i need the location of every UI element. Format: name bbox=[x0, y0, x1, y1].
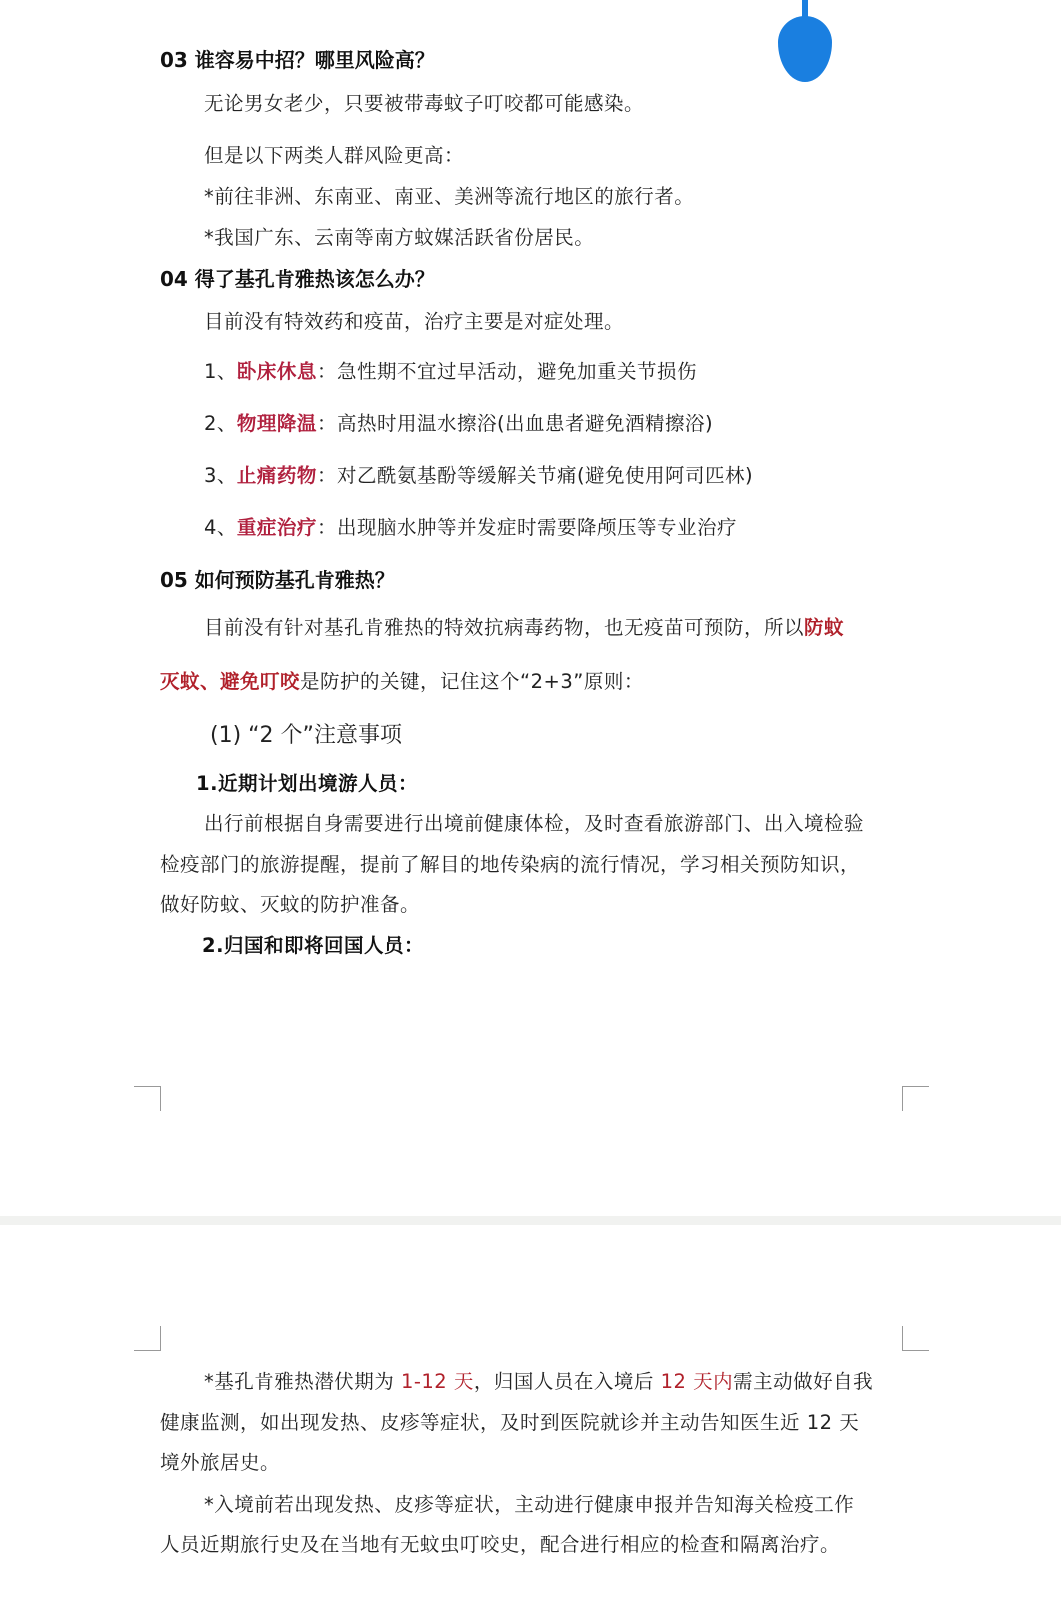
page-break bbox=[0, 1216, 1061, 1225]
paragraph-line: 健康监测，如出现发热、皮疹等症状，及时到医院就诊并主动告知医生近 12 天 bbox=[160, 1407, 859, 1435]
item-key: 物理降温 bbox=[237, 412, 317, 435]
item-title: 2.归国和即将回国人员： bbox=[202, 930, 424, 958]
item-key: 卧床休息 bbox=[237, 360, 317, 383]
section-04-heading: 04 得了基孔肯雅热该怎么办？ bbox=[160, 263, 435, 292]
section-05-heading: 05 如何预防基孔肯雅热？ bbox=[160, 564, 395, 593]
item-number: 3、 bbox=[204, 464, 237, 487]
paragraph: 灭蚊、避免叮咬是防护的关键，记住这个“2+3”原则： bbox=[160, 666, 644, 694]
page-margin-corner bbox=[134, 1086, 161, 1111]
text-run: 是防护的关键，记住这个“2+3”原则： bbox=[300, 670, 644, 693]
item-text: ：高热时用温水擦浴(出血患者避免酒精擦浴) bbox=[317, 412, 713, 435]
item-number: 1、 bbox=[204, 360, 237, 383]
page-margin-corner bbox=[902, 1326, 929, 1351]
page-margin-corner bbox=[902, 1086, 929, 1111]
text-run: *基孔肯雅热潜伏期为 bbox=[204, 1370, 401, 1393]
item-text: ：急性期不宜过早活动，避免加重关节损伤 bbox=[317, 360, 697, 383]
subsection-heading: (1) “2 个”注意事项 bbox=[210, 718, 402, 749]
paragraph-line: 境外旅居史。 bbox=[160, 1447, 280, 1475]
paragraph: 但是以下两类人群风险更高： bbox=[204, 140, 464, 168]
paragraph-line: 人员近期旅行史及在当地有无蚊虫叮咬史，配合进行相应的检查和隔离治疗。 bbox=[160, 1529, 840, 1557]
paragraph: 目前没有针对基孔肯雅热的特效抗病毒药物，也无疫苗可预防，所以防蚊 bbox=[204, 612, 844, 640]
treatment-item: 1、卧床休息：急性期不宜过早活动，避免加重关节损伤 bbox=[204, 356, 697, 384]
page-margin-corner bbox=[134, 1326, 161, 1351]
paragraph: 目前没有特效药和疫苗，治疗主要是对症处理。 bbox=[204, 306, 624, 334]
item-key: 重症治疗 bbox=[237, 516, 317, 539]
highlight-text: 12 天内 bbox=[661, 1370, 734, 1393]
text-run: 目前没有针对基孔肯雅热的特效抗病毒药物，也无疫苗可预防，所以 bbox=[204, 616, 804, 639]
item-number: 4、 bbox=[204, 516, 237, 539]
text-run: 需主动做好自我 bbox=[733, 1370, 873, 1393]
paragraph-line: 出行前根据自身需要进行出境前健康体检，及时查看旅游部门、出入境检验 bbox=[204, 808, 864, 836]
treatment-item: 3、止痛药物：对乙酰氨基酚等缓解关节痛(避免使用阿司匹林) bbox=[204, 460, 753, 488]
paragraph-line: 检疫部门的旅游提醒，提前了解目的地传染病的流行情况，学习相关预防知识， bbox=[160, 849, 860, 877]
highlight-text: 防蚊 bbox=[804, 616, 844, 639]
item-text: ：出现脑水肿等并发症时需要降颅压等专业治疗 bbox=[317, 516, 737, 539]
item-text: ：对乙酰氨基酚等缓解关节痛(避免使用阿司匹林) bbox=[317, 464, 753, 487]
paragraph-line: *入境前若出现发热、皮疹等症状，主动进行健康申报并告知海关检疫工作 bbox=[204, 1489, 854, 1517]
bullet-item: *前往非洲、东南亚、南亚、美洲等流行地区的旅行者。 bbox=[204, 181, 694, 209]
highlight-text: 灭蚊、避免叮咬 bbox=[160, 670, 300, 693]
text-cursor-handle-icon[interactable] bbox=[778, 16, 832, 82]
bullet-item: *我国广东、云南等南方蚊媒活跃省份居民。 bbox=[204, 222, 594, 250]
treatment-item: 4、重症治疗：出现脑水肿等并发症时需要降颅压等专业治疗 bbox=[204, 512, 737, 540]
item-title: 1.近期计划出境游人员： bbox=[196, 768, 418, 796]
text-run: ，归国人员在入境后 bbox=[474, 1370, 661, 1393]
item-key: 止痛药物 bbox=[237, 464, 317, 487]
treatment-item: 2、物理降温：高热时用温水擦浴(出血患者避免酒精擦浴) bbox=[204, 408, 713, 436]
paragraph-line: 做好防蚊、灭蚊的防护准备。 bbox=[160, 889, 420, 917]
paragraph-line: *基孔肯雅热潜伏期为 1-12 天，归国人员在入境后 12 天内需主动做好自我 bbox=[204, 1366, 873, 1394]
highlight-text: 1-12 天 bbox=[401, 1370, 474, 1393]
paragraph: 无论男女老少，只要被带毒蚊子叮咬都可能感染。 bbox=[204, 88, 644, 116]
item-number: 2、 bbox=[204, 412, 237, 435]
section-03-heading: 03 谁容易中招？哪里风险高？ bbox=[160, 44, 435, 73]
